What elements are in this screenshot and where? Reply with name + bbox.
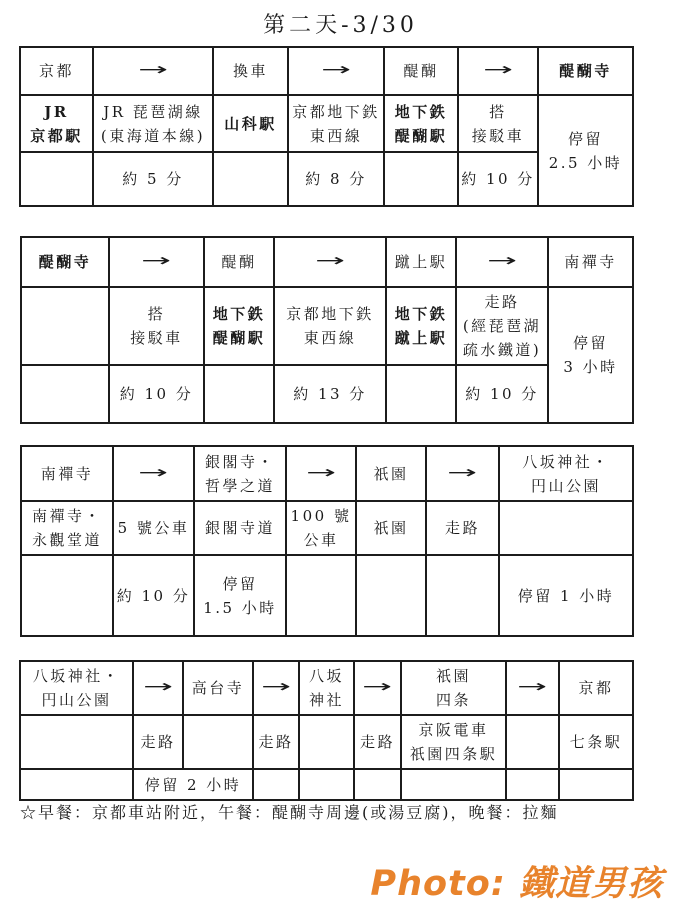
empty-cell bbox=[213, 152, 288, 206]
arrow-cell: → bbox=[354, 661, 401, 715]
day-title: 第二天-3/30 bbox=[0, 8, 681, 39]
itinerary-cell: 祇園 bbox=[356, 446, 426, 501]
table-row: JR 京都駅JR 琵琶湖線 (東海道本線)山科駅京都地下鉄 東西線地下鉄 醍醐駅… bbox=[20, 95, 633, 152]
right-arrow-icon: → bbox=[487, 248, 517, 275]
right-arrow-icon: → bbox=[139, 460, 169, 487]
right-arrow-icon: → bbox=[138, 57, 168, 84]
itinerary-cell: 祇園 四条 bbox=[401, 661, 506, 715]
itinerary-cell: 走路 bbox=[426, 501, 499, 555]
itinerary-cell: 走路 (經琵琶湖 疏水鐵道) bbox=[456, 287, 548, 365]
arrow-cell: → bbox=[458, 47, 538, 95]
itinerary-page: 第二天-3/30 京都→換車→醍醐→醍醐寺JR 京都駅JR 琵琶湖線 (東海道本… bbox=[0, 0, 681, 918]
itinerary-cell: 搭 接駁車 bbox=[109, 287, 204, 365]
arrow-cell: → bbox=[253, 661, 299, 715]
empty-cell bbox=[559, 769, 633, 800]
itinerary-cell: 約 8 分 bbox=[288, 152, 384, 206]
table-row: 南禪寺・ 永觀堂道5 號公車銀閣寺道100 號 公車祇園走路 bbox=[21, 501, 633, 555]
itinerary-cell: 京阪電車 祇園四条駅 bbox=[401, 715, 506, 769]
empty-cell bbox=[299, 769, 354, 800]
arrow-cell: → bbox=[426, 446, 499, 501]
right-arrow-icon: → bbox=[363, 674, 393, 701]
itinerary-cell: 地下鉄 醍醐駅 bbox=[384, 95, 458, 152]
itinerary-cell: 走路 bbox=[354, 715, 401, 769]
itinerary-cell: 山科駅 bbox=[213, 95, 288, 152]
right-arrow-icon: → bbox=[315, 248, 345, 275]
arrow-cell: → bbox=[274, 237, 386, 287]
table-row: 南禪寺→銀閣寺・ 哲學之道→祇園→八坂神社・ 円山公園 bbox=[21, 446, 633, 501]
itinerary-cell: 醍醐 bbox=[384, 47, 458, 95]
table-row: 約 10 分停留 1.5 小時停留 1 小時 bbox=[21, 555, 633, 636]
itinerary-cell: 八坂神社・ 円山公園 bbox=[20, 661, 133, 715]
empty-cell bbox=[426, 555, 499, 636]
empty-cell bbox=[299, 715, 354, 769]
itinerary-cell: 換車 bbox=[213, 47, 288, 95]
itinerary-cell: 停留 3 小時 bbox=[548, 287, 633, 423]
arrow-cell: → bbox=[113, 446, 194, 501]
itinerary-cell: 約 10 分 bbox=[458, 152, 538, 206]
empty-cell bbox=[183, 715, 253, 769]
right-arrow-icon: → bbox=[518, 674, 548, 701]
empty-cell bbox=[506, 769, 559, 800]
itinerary-cell: 約 5 分 bbox=[93, 152, 213, 206]
itinerary-cell: 銀閣寺道 bbox=[194, 501, 286, 555]
itinerary-cell: 地下鉄 醍醐駅 bbox=[204, 287, 274, 365]
table-row: 約 10 分約 13 分約 10 分 bbox=[21, 365, 633, 423]
table-row: 走路走路走路京阪電車 祇園四条駅七条駅 bbox=[20, 715, 633, 769]
itinerary-cell: 京都 bbox=[20, 47, 93, 95]
right-arrow-icon: → bbox=[142, 248, 172, 275]
itinerary-cell: 高台寺 bbox=[183, 661, 253, 715]
itinerary-cell: 走路 bbox=[133, 715, 183, 769]
itinerary-cell: JR 琵琶湖線 (東海道本線) bbox=[93, 95, 213, 152]
itinerary-cell: 銀閣寺・ 哲學之道 bbox=[194, 446, 286, 501]
itinerary-cell: 八坂神社・ 円山公園 bbox=[499, 446, 633, 501]
empty-cell bbox=[20, 769, 133, 800]
right-arrow-icon: → bbox=[261, 674, 291, 701]
empty-cell bbox=[21, 287, 109, 365]
itinerary-cell: 醍醐寺 bbox=[538, 47, 633, 95]
itinerary-cell: 100 號 公車 bbox=[286, 501, 356, 555]
photo-credit-watermark: Photo: 鐵道男孩 bbox=[370, 856, 663, 906]
meals-footnote: ☆早餐：京都車站附近，午餐：醍醐寺周邊(或湯豆腐)，晚餐：拉麵 bbox=[20, 800, 660, 823]
itinerary-cell: 搭 接駁車 bbox=[458, 95, 538, 152]
itinerary-table-kyoto-to-daigoji: 京都→換車→醍醐→醍醐寺JR 京都駅JR 琵琶湖線 (東海道本線)山科駅京都地下… bbox=[19, 46, 634, 207]
itinerary-cell: JR 京都駅 bbox=[20, 95, 93, 152]
arrow-cell: → bbox=[286, 446, 356, 501]
itinerary-cell: 南禪寺・ 永觀堂道 bbox=[21, 501, 113, 555]
empty-cell bbox=[286, 555, 356, 636]
itinerary-cell: 八坂 神社 bbox=[299, 661, 354, 715]
empty-cell bbox=[20, 715, 133, 769]
itinerary-cell: 京都地下鉄 東西線 bbox=[288, 95, 384, 152]
itinerary-cell: 停留 2.5 小時 bbox=[538, 95, 633, 206]
empty-cell bbox=[354, 769, 401, 800]
arrow-cell: → bbox=[109, 237, 204, 287]
empty-cell bbox=[204, 365, 274, 423]
itinerary-cell: 約 10 分 bbox=[109, 365, 204, 423]
itinerary-cell: 南禪寺 bbox=[548, 237, 633, 287]
itinerary-cell: 祇園 bbox=[356, 501, 426, 555]
right-arrow-icon: → bbox=[448, 460, 478, 487]
itinerary-cell: 醍醐寺 bbox=[21, 237, 109, 287]
table-row: 停留 2 小時 bbox=[20, 769, 633, 800]
empty-cell bbox=[21, 555, 113, 636]
empty-cell bbox=[356, 555, 426, 636]
empty-cell bbox=[253, 769, 299, 800]
itinerary-cell: 約 10 分 bbox=[113, 555, 194, 636]
arrow-cell: → bbox=[288, 47, 384, 95]
itinerary-cell: 京都地下鉄 東西線 bbox=[274, 287, 386, 365]
right-arrow-icon: → bbox=[143, 674, 173, 701]
right-arrow-icon: → bbox=[321, 57, 351, 84]
right-arrow-icon: → bbox=[483, 57, 513, 84]
empty-cell bbox=[506, 715, 559, 769]
itinerary-cell: 停留 2 小時 bbox=[133, 769, 253, 800]
table-row: 八坂神社・ 円山公園→高台寺→八坂 神社→祇園 四条→京都 bbox=[20, 661, 633, 715]
arrow-cell: → bbox=[93, 47, 213, 95]
empty-cell bbox=[386, 365, 456, 423]
empty-cell bbox=[499, 501, 633, 555]
empty-cell bbox=[384, 152, 458, 206]
itinerary-cell: 地下鉄 蹴上駅 bbox=[386, 287, 456, 365]
arrow-cell: → bbox=[133, 661, 183, 715]
table-row: 搭 接駁車地下鉄 醍醐駅京都地下鉄 東西線地下鉄 蹴上駅走路 (經琵琶湖 疏水鐵… bbox=[21, 287, 633, 365]
itinerary-cell: 停留 1.5 小時 bbox=[194, 555, 286, 636]
itinerary-cell: 蹴上駅 bbox=[386, 237, 456, 287]
empty-cell bbox=[20, 152, 93, 206]
itinerary-cell: 走路 bbox=[253, 715, 299, 769]
itinerary-table-daigoji-to-nanzenji: 醍醐寺→醍醐→蹴上駅→南禪寺搭 接駁車地下鉄 醍醐駅京都地下鉄 東西線地下鉄 蹴… bbox=[20, 236, 634, 424]
itinerary-cell: 南禪寺 bbox=[21, 446, 113, 501]
right-arrow-icon: → bbox=[306, 460, 336, 487]
table-row: 醍醐寺→醍醐→蹴上駅→南禪寺 bbox=[21, 237, 633, 287]
itinerary-cell: 京都 bbox=[559, 661, 633, 715]
itinerary-cell: 醍醐 bbox=[204, 237, 274, 287]
itinerary-cell: 5 號公車 bbox=[113, 501, 194, 555]
itinerary-cell: 約 10 分 bbox=[456, 365, 548, 423]
itinerary-cell: 約 13 分 bbox=[274, 365, 386, 423]
itinerary-cell: 七条駅 bbox=[559, 715, 633, 769]
table-row: 京都→換車→醍醐→醍醐寺 bbox=[20, 47, 633, 95]
empty-cell bbox=[21, 365, 109, 423]
itinerary-table-nanzenji-to-yasaka: 南禪寺→銀閣寺・ 哲學之道→祇園→八坂神社・ 円山公園南禪寺・ 永觀堂道5 號公… bbox=[20, 445, 634, 637]
empty-cell bbox=[401, 769, 506, 800]
arrow-cell: → bbox=[506, 661, 559, 715]
arrow-cell: → bbox=[456, 237, 548, 287]
itinerary-table-yasaka-to-kyoto: 八坂神社・ 円山公園→高台寺→八坂 神社→祇園 四条→京都走路走路走路京阪電車 … bbox=[19, 660, 634, 801]
itinerary-cell: 停留 1 小時 bbox=[499, 555, 633, 636]
